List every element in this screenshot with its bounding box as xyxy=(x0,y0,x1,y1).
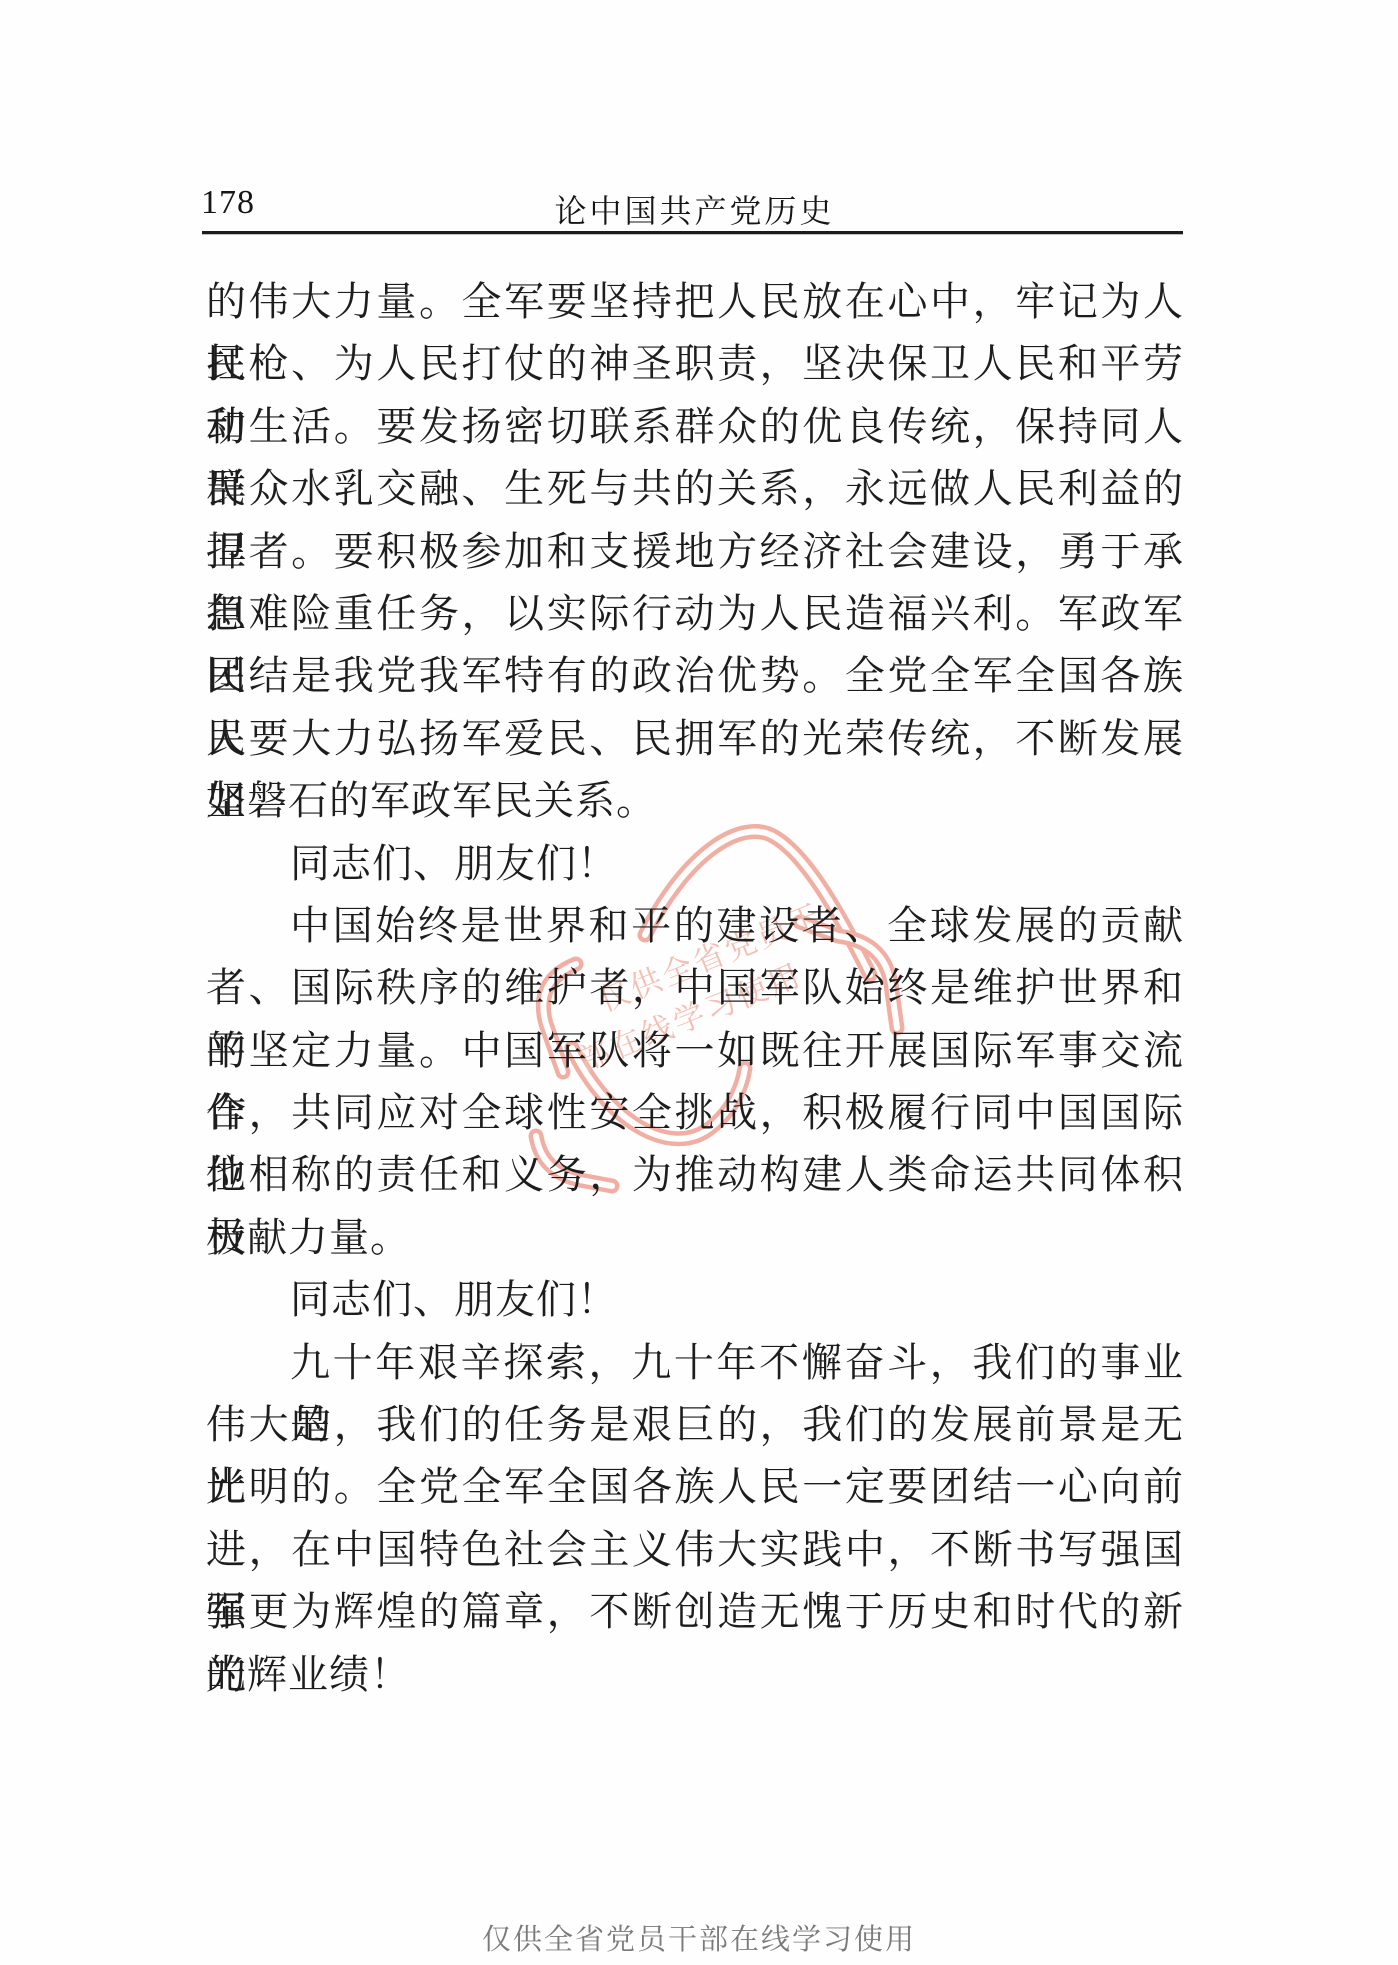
text-line: 光明的。全党全军全国各族人民一定要团结一心向前 xyxy=(206,1456,1184,1518)
footer-notice: 仅供全省党员干部在线学习使用 xyxy=(0,1917,1398,1958)
header-rule xyxy=(202,231,1183,234)
book-page: 178 论中国共产党历史 xyxy=(0,0,1398,1965)
text-line: 团结是我党我军特有的政治优势。全党全军全国各族人 xyxy=(206,645,1184,707)
text-line: 位相称的责任和义务，为推动构建人类命运共同体积极 xyxy=(206,1144,1184,1206)
text-line: 作，共同应对全球性安全挑战，积极履行同中国国际地 xyxy=(206,1082,1184,1144)
text-line: 同志们、朋友们！ xyxy=(206,1269,1184,1331)
text-line: 军更为辉煌的篇章，不断创造无愧于历史和时代的新的 xyxy=(206,1581,1184,1643)
running-head-title: 论中国共产党历史 xyxy=(206,186,1183,232)
text-line: 群众水乳交融、生死与共的关系，永远做人民利益的捍 xyxy=(206,458,1184,520)
text-line: 九十年艰辛探索，九十年不懈奋斗，我们的事业是 xyxy=(206,1332,1184,1394)
text-line: 如磐石的军政军民关系。 xyxy=(206,770,1184,832)
text-line: 民要大力弘扬军爱民、民拥军的光荣传统，不断发展坚 xyxy=(206,708,1184,770)
text-line: 卫者。要积极参加和支援地方经济社会建设，勇于承担 xyxy=(206,521,1184,583)
text-line: 的坚定力量。中国军队将一如既往开展国际军事交流合 xyxy=(206,1020,1184,1082)
text-line: 和生活。要发扬密切联系群众的优良传统，保持同人民 xyxy=(206,396,1184,458)
text-line: 光辉业绩！ xyxy=(206,1644,1184,1706)
text-line: 同志们、朋友们！ xyxy=(206,833,1184,895)
text-line: 扛枪、为人民打仗的神圣职责，坚决保卫人民和平劳动 xyxy=(206,333,1184,395)
text-line: 贡献力量。 xyxy=(206,1207,1184,1269)
text-line: 伟大的，我们的任务是艰巨的，我们的发展前景是无比 xyxy=(206,1394,1184,1456)
text-line: 者、国际秩序的维护者，中国军队始终是维护世界和平 xyxy=(206,957,1184,1019)
text-line: 急难险重任务，以实际行动为人民造福兴利。军政军民 xyxy=(206,583,1184,645)
text-line: 中国始终是世界和平的建设者、全球发展的贡献 xyxy=(206,895,1184,957)
text-line: 的伟大力量。全军要坚持把人民放在心中，牢记为人民 xyxy=(206,271,1184,333)
body-text: 的伟大力量。全军要坚持把人民放在心中，牢记为人民扛枪、为人民打仗的神圣职责，坚决… xyxy=(206,271,1184,1706)
text-line: 进，在中国特色社会主义伟大实践中，不断书写强国强 xyxy=(206,1519,1184,1581)
